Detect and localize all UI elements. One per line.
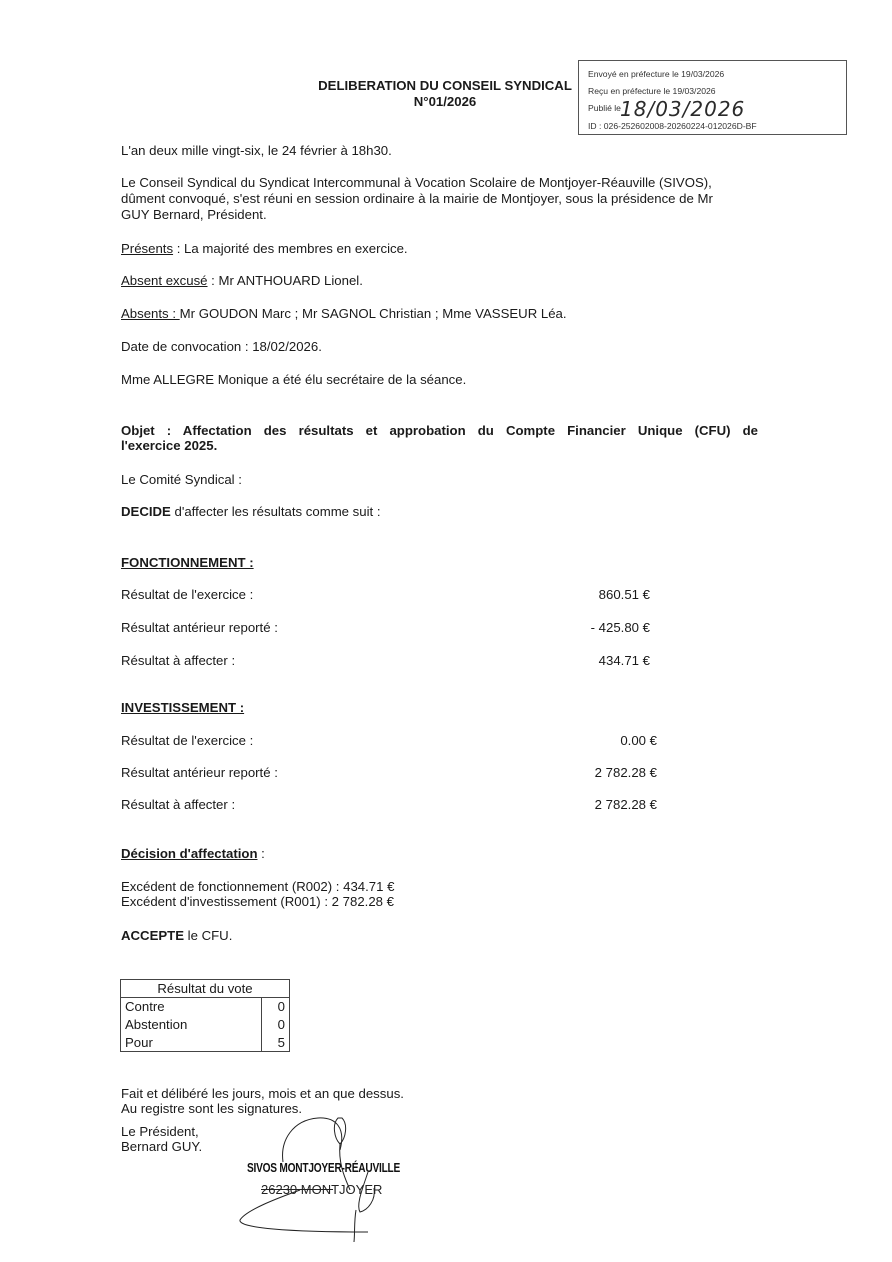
invest-row-label: Résultat antérieur reporté :: [121, 765, 278, 780]
closing-line-1: Fait et délibéré les jours, mois et an q…: [121, 1086, 404, 1101]
vote-count: 5: [262, 1034, 290, 1052]
affectation-details: Excédent de fonctionnement (R002) : 434.…: [121, 879, 394, 909]
accepte-keyword: ACCEPTE: [121, 928, 184, 943]
signer-title: Le Président,: [121, 1124, 202, 1139]
stamp-published-label: Publié le: [588, 103, 621, 113]
stamp-received: Reçu en préfecture le 19/03/2026: [588, 86, 716, 96]
vote-table-header: Résultat du vote: [121, 980, 290, 998]
committee-line: Le Comité Syndical :: [121, 472, 242, 487]
intro-line-2: dûment convoqué, s'est réuni en session …: [121, 191, 713, 207]
invest-row-value: 2 782.28 €: [595, 765, 657, 780]
invest-row-value: 2 782.28 €: [595, 797, 657, 812]
objet-heading: Objet : Affectation des résultats et app…: [121, 423, 758, 453]
title-line-1: DELIBERATION DU CONSEIL SYNDICAL: [300, 78, 590, 94]
secretary-line: Mme ALLEGRE Monique a été élu secrétaire…: [121, 372, 466, 387]
deliberation-number: N°01/2026: [300, 94, 590, 110]
vote-count: 0: [262, 1016, 290, 1034]
seal-strike-mark: [261, 1189, 333, 1190]
fonct-row-value: - 425.80 €: [591, 620, 650, 635]
presents-line: Présents : La majorité des membres en ex…: [121, 241, 408, 256]
absents-label: Absents :: [121, 306, 180, 321]
invest-row-value: 0.00 €: [620, 733, 657, 748]
invest-row-label: Résultat à affecter :: [121, 797, 235, 812]
fonctionnement-heading: FONCTIONNEMENT :: [121, 555, 254, 570]
convocation-date: Date de convocation : 18/02/2026.: [121, 339, 322, 354]
presents-text: : La majorité des membres en exercice.: [173, 241, 408, 256]
investissement-heading: INVESTISSEMENT :: [121, 700, 244, 715]
accepte-text: le CFU.: [184, 928, 232, 943]
absents-text: Mr GOUDON Marc ; Mr SAGNOL Christian ; M…: [180, 306, 567, 321]
prefecture-stamp: Envoyé en préfecture le 19/03/2026 Reçu …: [578, 60, 847, 135]
decide-line: DECIDE d'affecter les résultats comme su…: [121, 504, 381, 519]
vote-count: 0: [262, 998, 290, 1016]
official-seal-and-signature: SIVOS MONTJOYER-RÉAUVILLE 26230 MONTJOYE…: [228, 1110, 428, 1245]
stamp-published: Publié le 18/03/2026: [588, 103, 621, 113]
fonct-row-label: Résultat de l'exercice :: [121, 587, 253, 602]
signer-name: Bernard GUY.: [121, 1139, 202, 1154]
intro-paragraph: Le Conseil Syndical du Syndicat Intercom…: [121, 175, 713, 223]
affectation-heading-line: Décision d'affectation :: [121, 846, 265, 861]
table-row: Pour 5: [121, 1034, 290, 1052]
table-row: Contre 0: [121, 998, 290, 1016]
intro-line-1: Le Conseil Syndical du Syndicat Intercom…: [121, 175, 713, 191]
objet-line-2: l'exercice 2025.: [121, 438, 217, 453]
affectation-heading: Décision d'affectation: [121, 846, 258, 861]
fonct-row-value: 434.71 €: [599, 653, 650, 668]
document-title: DELIBERATION DU CONSEIL SYNDICAL N°01/20…: [300, 78, 590, 110]
excedent-investissement: Excédent d'investissement (R001) : 2 782…: [121, 894, 394, 909]
signatory: Le Président, Bernard GUY.: [121, 1124, 202, 1154]
vote-result-table: Résultat du vote Contre 0 Abstention 0 P…: [120, 979, 290, 1052]
fonct-row-label: Résultat antérieur reporté :: [121, 620, 278, 635]
affectation-heading-suffix: :: [258, 846, 265, 861]
vote-label: Contre: [121, 998, 262, 1016]
vote-label: Abstention: [121, 1016, 262, 1034]
objet-line-1: Objet : Affectation des résultats et app…: [121, 423, 758, 438]
excused-text: : Mr ANTHOUARD Lionel.: [208, 273, 363, 288]
handwritten-signature-icon: [228, 1110, 428, 1245]
seal-line-1: SIVOS MONTJOYER-RÉAUVILLE: [247, 1160, 400, 1175]
presents-label: Présents: [121, 241, 173, 256]
fonct-row-label: Résultat à affecter :: [121, 653, 235, 668]
excused-line: Absent excusé : Mr ANTHOUARD Lionel.: [121, 273, 363, 288]
fonct-row-value: 860.51 €: [599, 587, 650, 602]
accepte-line: ACCEPTE le CFU.: [121, 928, 232, 943]
excedent-fonctionnement: Excédent de fonctionnement (R002) : 434.…: [121, 879, 394, 894]
excused-label: Absent excusé: [121, 273, 208, 288]
handwritten-publication-date: 18/03/2026: [620, 97, 745, 121]
stamp-id: ID : 026-252602008-20260224-012026D-BF: [588, 121, 757, 131]
invest-row-label: Résultat de l'exercice :: [121, 733, 253, 748]
stamp-sent: Envoyé en préfecture le 19/03/2026: [588, 69, 724, 79]
meeting-date-line: L'an deux mille vingt-six, le 24 février…: [121, 143, 392, 158]
decide-keyword: DECIDE: [121, 504, 171, 519]
decide-text: d'affecter les résultats comme suit :: [171, 504, 381, 519]
table-row: Abstention 0: [121, 1016, 290, 1034]
intro-line-3: GUY Bernard, Président.: [121, 207, 713, 223]
vote-label: Pour: [121, 1034, 262, 1052]
absents-line: Absents : Mr GOUDON Marc ; Mr SAGNOL Chr…: [121, 306, 567, 321]
